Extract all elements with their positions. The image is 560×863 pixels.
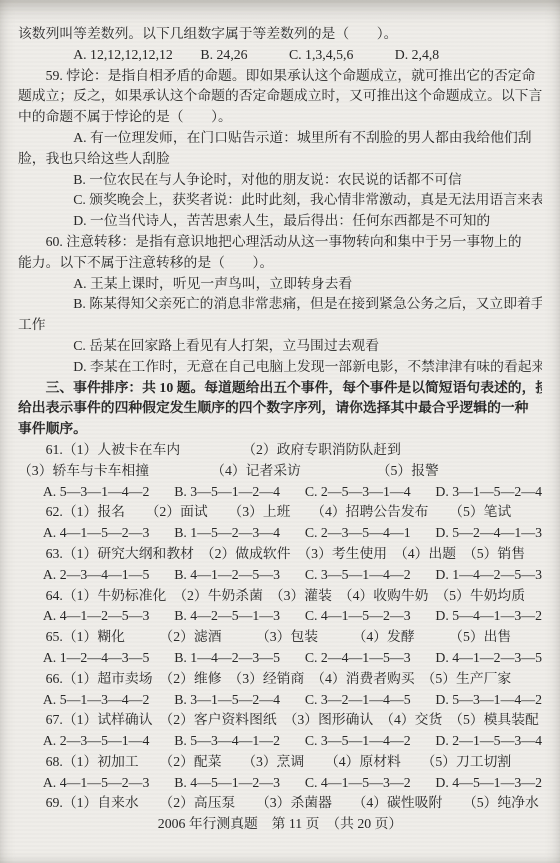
question-59-stem: 题成立；反之，如果承认这个命题的否定命题成立时，又可推出这个命题成立。以下言论 <box>18 86 542 107</box>
answer-choice: B. 1—4—2—3—5 <box>174 648 280 669</box>
question-58-stem: 该数列叫等差数列。以下几组数字属于等差数列的是（ ）。 <box>18 24 542 45</box>
question-60-stem: 60. 注意转移：是指有意识地把心理活动从这一事物转向和集中于另一事物上的 <box>18 232 542 253</box>
question-66-options: A. 5—1—3—4—2B. 3—1—5—2—4C. 3—2—1—4—5D. 5… <box>43 690 542 711</box>
question-62-events: 62.（1）报名 （2）面试 （3）上班 （4）招聘公告发布 （5）笔试 <box>18 502 542 523</box>
question-60-option-d: D. 李某在工作时，无意在自己电脑上发现一部新电影，不禁津津有味的看起来 <box>18 357 542 378</box>
question-59-option-a: 脸，我也只给这些人刮脸 <box>18 149 542 170</box>
answer-choice: A. 5—1—3—4—2 <box>43 690 150 711</box>
question-63-options: A. 2—3—4—1—5B. 4—1—2—5—3C. 3—5—1—4—2D. 1… <box>43 565 542 586</box>
question-66-events: 66.（1）超市卖场 （2）维修 （3）经销商 （4）消费者购买 （5）生产厂家 <box>18 669 542 690</box>
question-65-options: A. 1—2—4—3—5B. 1—4—2—3—5C. 2—4—1—5—3D. 4… <box>43 648 542 669</box>
page-footer: 2006 年行测真题 第 11 页 （共 20 页） <box>18 814 542 835</box>
answer-choice: B. 4—2—5—1—3 <box>174 606 280 627</box>
question-61-events: （3）轿车与卡车相撞 （4）记者采访 （5）报警 <box>18 461 542 482</box>
question-67-events: 67.（1）试样确认 （2）客户资料图纸 （3）图形确认 （4）交货 （5）模具… <box>18 710 542 731</box>
answer-choice: A. 2—3—4—1—5 <box>43 565 150 586</box>
question-60-option-b: 工作 <box>18 315 542 336</box>
question-64-options: A. 4—1—2—5—3B. 4—2—5—1—3C. 4—1—5—2—3D. 5… <box>43 606 542 627</box>
question-60-option-c: C. 岳某在回家路上看见有人打架，立马围过去观看 <box>18 336 542 357</box>
answer-choice: A. 5—3—1—4—2 <box>43 482 150 503</box>
section-3-instructions: 给出表示事件的四种假定发生顺序的四个数字序列，请你选择其中最合乎逻辑的一种 <box>18 398 542 419</box>
question-62-options: A. 4—1—5—2—3B. 1—5—2—3—4C. 2—3—5—4—1D. 5… <box>43 523 542 544</box>
answer-choice: B. 1—5—2—3—4 <box>174 523 280 544</box>
answer-choice: B. 5—3—4—1—2 <box>174 731 280 752</box>
answer-choice: C. 2—5—3—1—4 <box>305 482 411 503</box>
answer-choice: A. 4—1—5—2—3 <box>43 773 150 794</box>
question-59-option-a: A. 有一位理发师，在门口贴告示道：城里所有不刮脸的男人都由我给他们刮 <box>18 128 542 149</box>
answer-choice: D. 5—2—4—1—3 <box>435 523 542 544</box>
answer-choice: B. 4—1—2—5—3 <box>174 565 280 586</box>
answer-choice: C. 4—1—5—2—3 <box>305 606 411 627</box>
section-3-instructions: 三、事件排序：共 10 题。每道题给出五个事件，每个事件是以简短语句表述的，接着 <box>18 378 542 399</box>
answer-choice: D. 3—1—5—2—4 <box>435 482 542 503</box>
answer-choice: C. 3—5—1—4—2 <box>305 565 411 586</box>
exam-text-block: 该数列叫等差数列。以下几组数字属于等差数列的是（ ）。A. 12,12,12,1… <box>18 24 542 814</box>
answer-choice: B. 3—1—5—2—4 <box>174 690 280 711</box>
question-68-options: A. 4—1—5—2—3B. 4—5—1—2—3C. 4—1—5—3—2D. 4… <box>43 773 542 794</box>
answer-choice: C. 2—3—5—4—1 <box>305 523 411 544</box>
answer-choice: A. 4—1—2—5—3 <box>43 606 150 627</box>
question-59-option-b: B. 一位农民在与人争论时，对他的朋友说：农民说的话都不可信 <box>18 170 542 191</box>
question-59-option-d: D. 一位当代诗人，苦苦思索人生，最后得出：任何东西都是不可知的 <box>18 211 542 232</box>
answer-choice: A. 1—2—4—3—5 <box>43 648 150 669</box>
question-60-stem: 能力。以下不属于注意转移的是（ ）。 <box>18 253 542 274</box>
answer-choice: B. 3—5—1—2—4 <box>174 482 280 503</box>
question-60-option-b: B. 陈某得知父亲死亡的消息非常悲痛，但是在接到紧急公务之后，又立即着手 <box>18 294 542 315</box>
answer-choice: C. 3—5—1—4—2 <box>305 731 411 752</box>
answer-choice: D. 5—4—1—3—2 <box>435 606 542 627</box>
answer-choice: D. 1—4—2—5—3 <box>435 565 542 586</box>
question-67-options: A. 2—3—5—1—4B. 5—3—4—1—2C. 3—5—1—4—2D. 2… <box>43 731 542 752</box>
question-60-option-a: A. 王某上课时，听见一声鸟叫，立即转身去看 <box>18 274 542 295</box>
question-61-options: A. 5—3—1—4—2B. 3—5—1—2—4C. 2—5—3—1—4D. 3… <box>43 482 542 503</box>
section-3-instructions: 事件顺序。 <box>18 419 542 440</box>
answer-choice: B. 4—5—1—2—3 <box>174 773 280 794</box>
answer-choice: A. 2—3—5—1—4 <box>43 731 150 752</box>
question-58-options: A. 12,12,12,12,12 B. 24,26 C. 1,3,4,5,6 … <box>18 45 542 66</box>
answer-choice: C. 4—1—5—3—2 <box>305 773 411 794</box>
question-59-stem: 59. 悖论：是指自相矛盾的命题。即如果承认这个命题成立，就可推出它的否定命 <box>18 66 542 87</box>
answer-choice: D. 4—5—1—3—2 <box>435 773 542 794</box>
answer-choice: C. 2—4—1—5—3 <box>305 648 411 669</box>
answer-choice: D. 4—1—2—3—5 <box>435 648 542 669</box>
answer-choice: C. 3—2—1—4—5 <box>305 690 411 711</box>
question-69-events: 69.（1）自来水 （2）高压泵 （3）杀菌器 （4）碳性吸附 （5）纯净水 <box>18 793 542 814</box>
answer-choice: D. 5—3—1—4—2 <box>435 690 542 711</box>
answer-choice: D. 2—1—5—3—4 <box>435 731 542 752</box>
question-65-events: 65.（1）糊化 （2）滤酒 （3）包装 （4）发酵 （5）出售 <box>18 627 542 648</box>
question-59-option-c: C. 颁奖晚会上，获奖者说：此时此刻，我心情非常激动，真是无法用语言来表达 <box>18 190 542 211</box>
question-63-events: 63.（1）研究大纲和教材 （2）做成软件 （3）考生使用 （4）出题 （5）销… <box>18 544 542 565</box>
answer-choice: A. 4—1—5—2—3 <box>43 523 150 544</box>
question-64-events: 64.（1）牛奶标准化 （2）牛奶杀菌 （3）灌装 （4）收购牛奶 （5）牛奶均… <box>18 586 542 607</box>
scanned-exam-page: 该数列叫等差数列。以下几组数字属于等差数列的是（ ）。A. 12,12,12,1… <box>0 0 560 863</box>
question-59-stem: 中的命题不属于悖论的是（ ）。 <box>18 107 542 128</box>
question-61-events: 61.（1）人被卡在车内 （2）政府专职消防队赶到 <box>18 440 542 461</box>
question-68-events: 68.（1）初加工 （2）配菜 （3）烹调 （4）原材料 （5）刀工切割 <box>18 752 542 773</box>
